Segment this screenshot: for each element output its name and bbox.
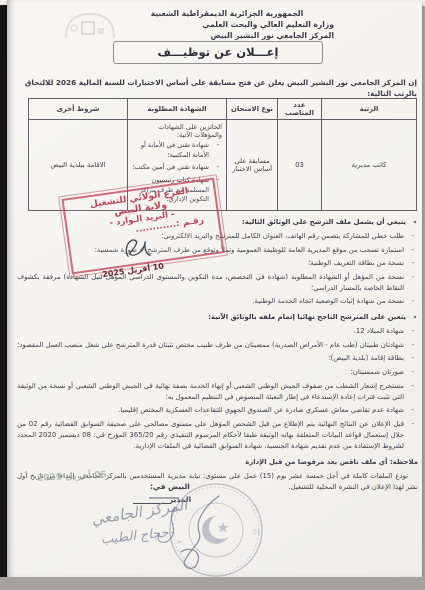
document-page: الجمهورية الجزائرية الديمقراطية الشعبية … bbox=[7, 0, 422, 577]
list-item: شهادة الميلاد 12. bbox=[17, 326, 418, 337]
list-item: نسخة من شهادة إثبات الوضعية اتجاه الخدمة… bbox=[17, 296, 418, 307]
list-item: شهادتان طبيتان (طب عام - الأمراض الصدرية… bbox=[17, 340, 418, 351]
list-item: نسخة من المؤهل أو الشهادة المطلوبة (شهاد… bbox=[17, 272, 418, 294]
cell-rank: كاتب مديرية bbox=[322, 120, 417, 211]
col-header-qualification: الشهادة المطلوبة bbox=[128, 99, 227, 120]
list-item: قبل الإعلان عن النتائج النهائية يتم الإط… bbox=[17, 419, 418, 452]
list-item: مستخرج إشعار الشطب من صفوف الجيش الوطني … bbox=[17, 381, 418, 403]
positions-table: الرتبة عدد المناصب نوع الامتحان الشهادة … bbox=[28, 98, 417, 211]
qualification-item: شهادة تقني في الأمانة أو الأمانة المكتبي… bbox=[131, 141, 223, 161]
list-item: شهادة عدم تقاضي معاش عسكري صادرة عن الصن… bbox=[17, 405, 418, 416]
cell-positions-count: 03 bbox=[278, 120, 322, 211]
cell-exam-type: مسابقة على أساس الاختبار bbox=[227, 120, 278, 211]
col-header-rank: الرتبة bbox=[322, 99, 417, 120]
list-item: بطاقة إقامة (بلدية البيض)؛ bbox=[17, 353, 418, 364]
qualification-item: شهادة تقني في أمين مكتب؛ bbox=[131, 163, 223, 173]
header-ministry: وزارة التعليم العالي والبحث العلمي bbox=[202, 20, 334, 29]
intro-paragraph: إن المركز الجامعي نور البشير البيض يعلن … bbox=[12, 78, 417, 100]
section-title-successful-candidate: يتعين على المترشح الناجح نهائيا إتمام مل… bbox=[17, 312, 418, 323]
handwritten-number bbox=[117, 233, 154, 263]
header-republic: الجمهورية الجزائرية الديمقراطية الشعبية bbox=[112, 9, 342, 18]
list-item: صورتان شمسيتان؛ bbox=[17, 367, 418, 378]
col-header-exam-type: نوع الامتحان bbox=[227, 99, 278, 120]
scanner-edge-band bbox=[0, 5, 7, 590]
announcement-title: إعـــلان عن توظيـــف bbox=[113, 41, 323, 64]
qualification-intro: الحائزين على الشهادات والمؤهلات الآتية: bbox=[132, 123, 222, 139]
rejection-note: ملاحظة: أي ملف ناقص يعد مرفوضا من قبل ال… bbox=[17, 457, 418, 468]
col-header-other-conditions: شروط أخرى bbox=[29, 99, 128, 120]
col-header-positions: عدد المناصب bbox=[278, 99, 322, 120]
successful-candidate-list: شهادة الميلاد 12.شهادتان طبيتان (طب عام … bbox=[17, 326, 418, 451]
table-header-row: الرتبة عدد المناصب نوع الامتحان الشهادة … bbox=[29, 99, 417, 120]
scan-bottom-edge bbox=[0, 577, 425, 590]
scan-background: الجمهورية الجزائرية الديمقراطية الشعبية … bbox=[0, 0, 425, 590]
signature-scribble bbox=[135, 486, 265, 578]
header-university-center: المركز الجامعي نور البشير البيض bbox=[210, 31, 334, 40]
university-logo bbox=[62, 8, 118, 44]
